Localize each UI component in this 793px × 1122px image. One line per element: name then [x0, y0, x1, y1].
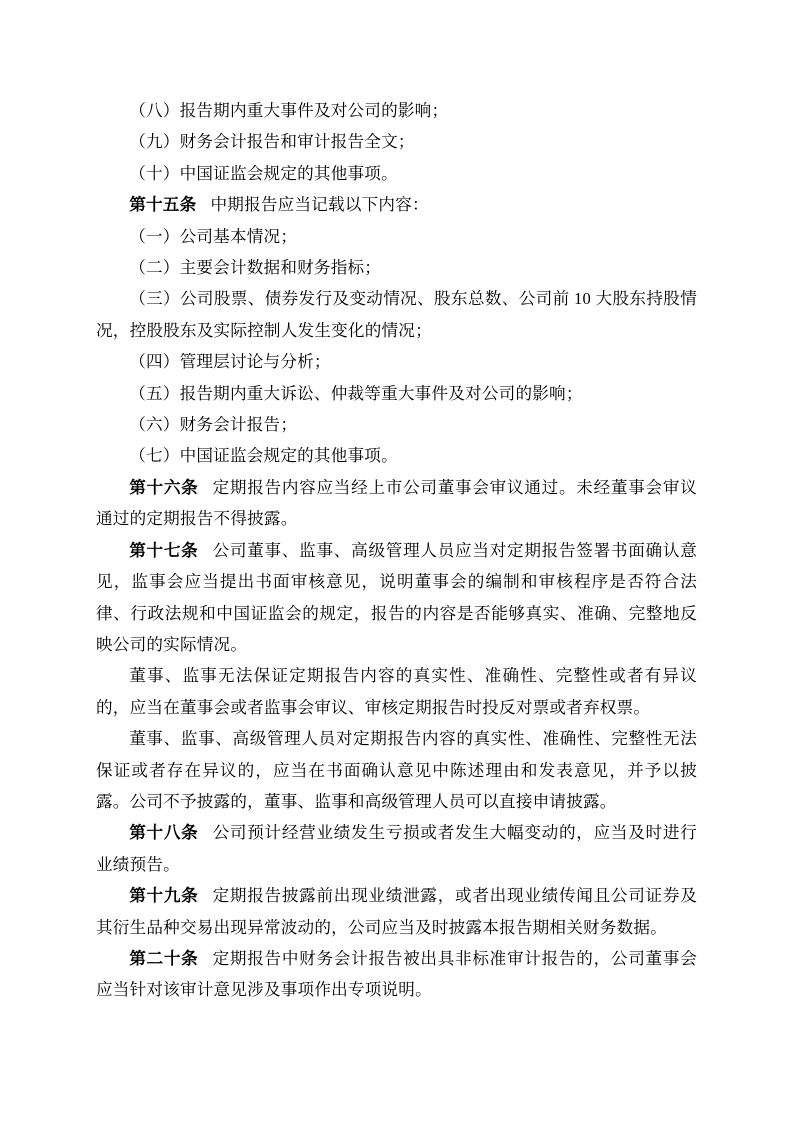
paragraph-text: 董事、监事无法保证定期报告内容的真实性、准确性、完整性或者有异议的，应当在董事会… [96, 666, 697, 716]
article-number: 第十八条 [129, 823, 198, 842]
paragraph-text: （三）公司股票、债券发行及变动情况、股东总数、公司前 10 大股东持股情况，控股… [96, 289, 697, 339]
paragraph: （八）报告期内重大事件及对公司的影响； [96, 95, 697, 126]
document-page: （八）报告期内重大事件及对公司的影响；（九）财务会计报告和审计报告全文；（十）中… [0, 0, 793, 1122]
article-paragraph: 第十七条公司董事、监事、高级管理人员应当对定期报告签署书面确认意见，监事会应当提… [96, 535, 697, 661]
article-number: 第十六条 [129, 478, 198, 497]
paragraph: （一）公司基本情况； [96, 221, 697, 252]
paragraph-text: 董事、监事、高级管理人员对定期报告内容的真实性、准确性、完整性无法保证或者存在异… [96, 729, 697, 811]
article-paragraph: 第十九条定期报告披露前出现业绩泄露，或者出现业绩传闻且公司证券及其衍生品种交易出… [96, 880, 697, 943]
paragraph: 董事、监事无法保证定期报告内容的真实性、准确性、完整性或者有异议的，应当在董事会… [96, 660, 697, 723]
article-number: 第十五条 [129, 195, 196, 214]
paragraph-text: （八）报告期内重大事件及对公司的影响； [129, 101, 448, 120]
paragraph: 董事、监事、高级管理人员对定期报告内容的真实性、准确性、完整性无法保证或者存在异… [96, 723, 697, 817]
paragraph: （七）中国证监会规定的其他事项。 [96, 440, 697, 471]
paragraph-text: （四）管理层讨论与分析； [129, 352, 331, 371]
paragraph: （九）财务会计报告和审计报告全文； [96, 126, 697, 157]
paragraph-text: （九）财务会计报告和审计报告全文； [129, 132, 415, 151]
document-body: （八）报告期内重大事件及对公司的影响；（九）财务会计报告和审计报告全文；（十）中… [96, 95, 697, 1006]
article-number: 第二十条 [129, 949, 198, 968]
paragraph: （六）财务会计报告； [96, 409, 697, 440]
article-number: 第十九条 [129, 886, 198, 905]
paragraph-text: （十）中国证监会规定的其他事项。 [129, 164, 398, 183]
paragraph: （十）中国证监会规定的其他事项。 [96, 158, 697, 189]
article-paragraph: 第二十条定期报告中财务会计报告被出具非标准审计报告的，公司董事会应当针对该审计意… [96, 943, 697, 1006]
paragraph-text: （五）报告期内重大诉讼、仲裁等重大事件及对公司的影响； [129, 384, 582, 403]
article-paragraph: 第十六条定期报告内容应当经上市公司董事会审议通过。未经董事会审议通过的定期报告不… [96, 472, 697, 535]
paragraph: （三）公司股票、债券发行及变动情况、股东总数、公司前 10 大股东持股情况，控股… [96, 283, 697, 346]
paragraph: （五）报告期内重大诉讼、仲裁等重大事件及对公司的影响； [96, 378, 697, 409]
paragraph-text: 中期报告应当记载以下内容： [210, 195, 428, 214]
paragraph: （四）管理层讨论与分析； [96, 346, 697, 377]
article-paragraph: 第十八条公司预计经营业绩发生亏损或者发生大幅变动的，应当及时进行业绩预告。 [96, 817, 697, 880]
article-paragraph: 第十五条中期报告应当记载以下内容： [96, 189, 697, 220]
paragraph-text: （一）公司基本情况； [129, 227, 297, 246]
paragraph-text: （七）中国证监会规定的其他事项。 [129, 446, 398, 465]
paragraph-text: （二）主要会计数据和财务指标； [129, 258, 381, 277]
paragraph: （二）主要会计数据和财务指标； [96, 252, 697, 283]
article-number: 第十七条 [129, 541, 198, 560]
paragraph-text: （六）财务会计报告； [129, 415, 297, 434]
